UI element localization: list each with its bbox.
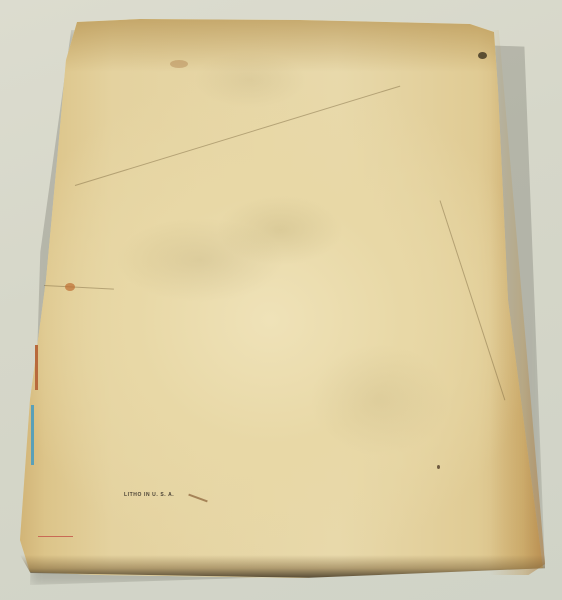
book-back-cover: [0, 0, 562, 600]
stain: [437, 465, 440, 469]
stain: [170, 60, 188, 68]
stain: [65, 283, 75, 291]
red-pencil-mark: [38, 536, 73, 537]
stain: [478, 52, 487, 59]
spine-red-edge: [35, 345, 38, 390]
imprint-text: LITHO IN U. S. A.: [124, 492, 174, 498]
spine-blue-edge: [31, 405, 34, 465]
top-edge-wear: [0, 0, 562, 600]
